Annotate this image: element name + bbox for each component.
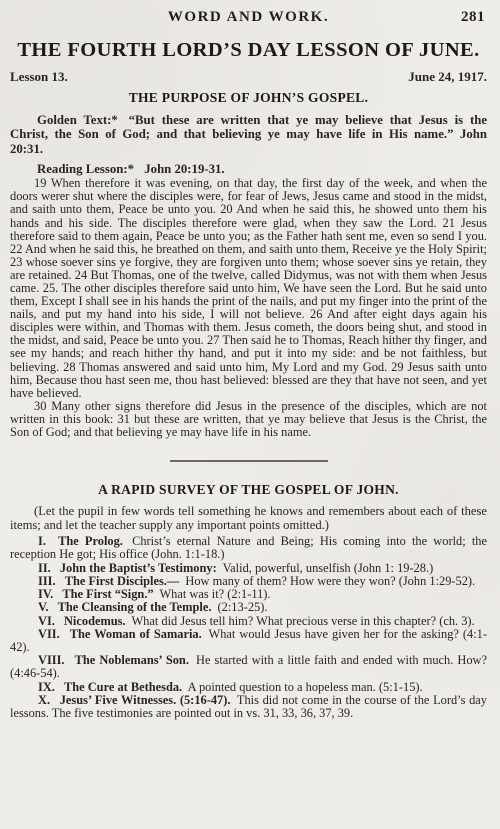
survey-list: I. The Prolog. Christ’s eternal Nature a… bbox=[10, 535, 487, 720]
item-title: Jesus’ Five Witnesses. (5:16-47). bbox=[60, 693, 231, 707]
survey-heading: A RAPID SURVEY OF THE GOSPEL OF JOHN. bbox=[10, 482, 487, 498]
item-text: What did Jesus tell him? What precious v… bbox=[131, 614, 474, 628]
lesson-title: THE FOURTH LORD’S DAY LESSON OF JUNE. bbox=[10, 38, 487, 62]
scripture-paragraph-1: 19 When therefore it was evening, on tha… bbox=[10, 177, 487, 400]
item-numeral: VI. bbox=[38, 614, 55, 628]
lesson-number: Lesson 13. bbox=[10, 69, 68, 84]
survey-item-10: X. Jesus’ Five Witnesses. (5:16-47). Thi… bbox=[10, 694, 487, 720]
reading-lesson-label: Reading Lesson:* bbox=[37, 162, 134, 176]
item-title: The Cleansing of the Temple. bbox=[58, 600, 212, 614]
reading-lesson-line: Reading Lesson:* John 20:19-31. bbox=[10, 162, 487, 177]
item-text: Valid, powerful, unselfish (John 1: 19-2… bbox=[223, 561, 434, 575]
item-title: The Cure at Bethesda. bbox=[64, 680, 182, 694]
survey-item-1: I. The Prolog. Christ’s eternal Nature a… bbox=[10, 535, 487, 561]
masthead: WORD AND WORK. 281 bbox=[10, 9, 487, 26]
item-numeral: I. bbox=[38, 534, 46, 548]
item-title: The Woman of Samaria. bbox=[70, 627, 202, 641]
page-number: 281 bbox=[461, 9, 485, 26]
survey-item-8: VIII. The Noblemans’ Son. He started wit… bbox=[10, 654, 487, 680]
lesson-date: June 24, 1917. bbox=[408, 69, 487, 84]
item-title: The Noblemans’ Son. bbox=[75, 653, 189, 667]
item-title: The First “Sign.” bbox=[62, 587, 153, 601]
reading-lesson-reference: John 20:19-31. bbox=[144, 162, 224, 176]
item-numeral: II. bbox=[38, 561, 51, 575]
item-text: How many of them? How were they won? (Jo… bbox=[185, 574, 475, 588]
survey-item-7: VII. The Woman of Samaria. What would Je… bbox=[10, 628, 487, 654]
item-numeral: X. bbox=[38, 693, 50, 707]
journal-title: WORD AND WORK. bbox=[168, 9, 329, 25]
lesson-meta-row: Lesson 13. June 24, 1917. bbox=[10, 69, 487, 84]
item-title: Nicodemus. bbox=[64, 614, 126, 628]
item-title: John the Baptist’s Testimony: bbox=[60, 561, 217, 575]
item-numeral: V. bbox=[38, 600, 48, 614]
scripture-paragraph-2: 30 Many other signs therefore did Jesus … bbox=[10, 400, 487, 439]
survey-intro: (Let the pupil in few words tell somethi… bbox=[10, 505, 487, 532]
item-numeral: III. bbox=[38, 574, 56, 588]
item-title: The Prolog. bbox=[58, 534, 123, 548]
item-numeral: IV. bbox=[38, 587, 53, 601]
item-title: The First Disciples.— bbox=[65, 574, 180, 588]
item-numeral: IX. bbox=[38, 680, 55, 694]
item-text: A pointed question to a hopeless man. (5… bbox=[188, 680, 423, 694]
lesson-subtitle: THE PURPOSE OF JOHN’S GOSPEL. bbox=[10, 90, 487, 106]
item-text: What was it? (2:1-11). bbox=[159, 587, 270, 601]
golden-text-paragraph: Golden Text:* “But these are written tha… bbox=[10, 113, 487, 156]
section-divider bbox=[170, 460, 328, 462]
item-text: (2:13-25). bbox=[218, 600, 268, 614]
item-numeral: VII. bbox=[38, 627, 60, 641]
golden-text-label: Golden Text:* bbox=[37, 113, 118, 127]
scanned-page: WORD AND WORK. 281 THE FOURTH LORD’S DAY… bbox=[0, 0, 500, 829]
item-numeral: VIII. bbox=[38, 653, 65, 667]
